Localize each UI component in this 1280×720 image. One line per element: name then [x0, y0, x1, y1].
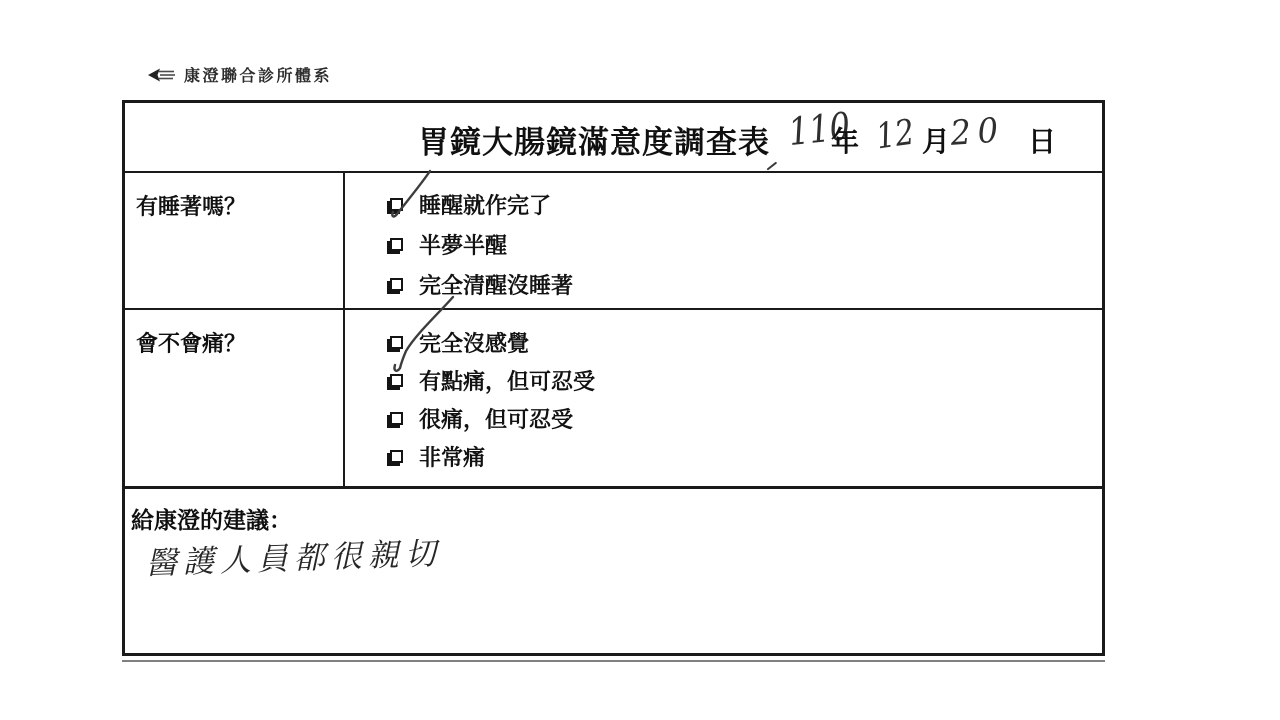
option-row: 很痛，但可忍受: [390, 399, 1102, 437]
scan-artifact-line: [122, 660, 1105, 662]
checkbox-q1-opt2[interactable]: [390, 238, 403, 251]
option-label-q2-opt1: 完全沒感覺: [419, 327, 529, 358]
option-label-q1-opt3: 完全清醒沒睡著: [419, 269, 573, 300]
question-label-pain: 會不會痛？: [125, 310, 345, 486]
question-label-sleep: 有睡著嗎？: [125, 173, 345, 308]
clinic-brand: 康澄聯合診所體系: [147, 63, 332, 86]
checkbox-q2-opt1[interactable]: [390, 336, 403, 349]
handwritten-month: 12: [874, 113, 917, 158]
option-label-q1-opt1: 睡醒就作完了: [419, 189, 551, 220]
year-unit-label: 年: [831, 120, 859, 160]
suggestion-row: 給康澄的建議： 醫護人員都很親切: [125, 489, 1102, 651]
day-unit-label: 日: [1028, 120, 1056, 160]
option-row: 完全沒感覺: [390, 323, 1102, 361]
survey-table: 胃鏡大腸鏡滿意度調查表 110 年 12 月 20 日 有睡著嗎？: [122, 100, 1105, 656]
clinic-name: 康澄聯合診所體系: [184, 63, 332, 86]
checkbox-q2-opt2[interactable]: [390, 374, 403, 387]
question-row-sleep: 有睡著嗎？ 睡醒就作完了 半夢半醒: [125, 173, 1102, 310]
checkbox-q1-opt3[interactable]: [390, 278, 403, 291]
handwritten-day: 20: [949, 110, 1006, 154]
clinic-logo-icon: [147, 67, 177, 83]
option-row: 睡醒就作完了: [390, 184, 1102, 224]
stray-pen-mark: [767, 162, 778, 171]
option-label-q2-opt4: 非常痛: [419, 441, 485, 472]
option-row: 半夢半醒: [390, 224, 1102, 264]
checkbox-q2-opt3[interactable]: [390, 412, 403, 425]
option-row: 非常痛: [390, 437, 1102, 475]
option-label-q2-opt2: 有點痛，但可忍受: [419, 365, 595, 396]
option-label-q1-opt2: 半夢半醒: [419, 229, 507, 260]
month-unit-label: 月: [922, 120, 950, 160]
option-label-q2-opt3: 很痛，但可忍受: [419, 403, 573, 434]
form-title: 胃鏡大腸鏡滿意度調查表: [418, 117, 770, 162]
question-row-pain: 會不會痛？ 完全沒感覺 有點痛，但可忍受: [125, 310, 1102, 489]
form-header-row: 胃鏡大腸鏡滿意度調查表 110 年 12 月 20 日: [125, 103, 1102, 173]
options-pain: 完全沒感覺 有點痛，但可忍受 很痛，但可忍受 非常痛: [345, 310, 1102, 486]
options-sleep: 睡醒就作完了 半夢半醒 完全清醒沒睡著: [345, 173, 1102, 308]
option-row: 完全清醒沒睡著: [390, 264, 1102, 304]
scanned-survey-form: 康澄聯合診所體系 胃鏡大腸鏡滿意度調查表 110 年 12 月 20 日 有睡著…: [0, 0, 1280, 720]
checkbox-q1-opt1[interactable]: [390, 198, 403, 211]
checkbox-q2-opt4[interactable]: [390, 450, 403, 463]
option-row: 有點痛，但可忍受: [390, 361, 1102, 399]
